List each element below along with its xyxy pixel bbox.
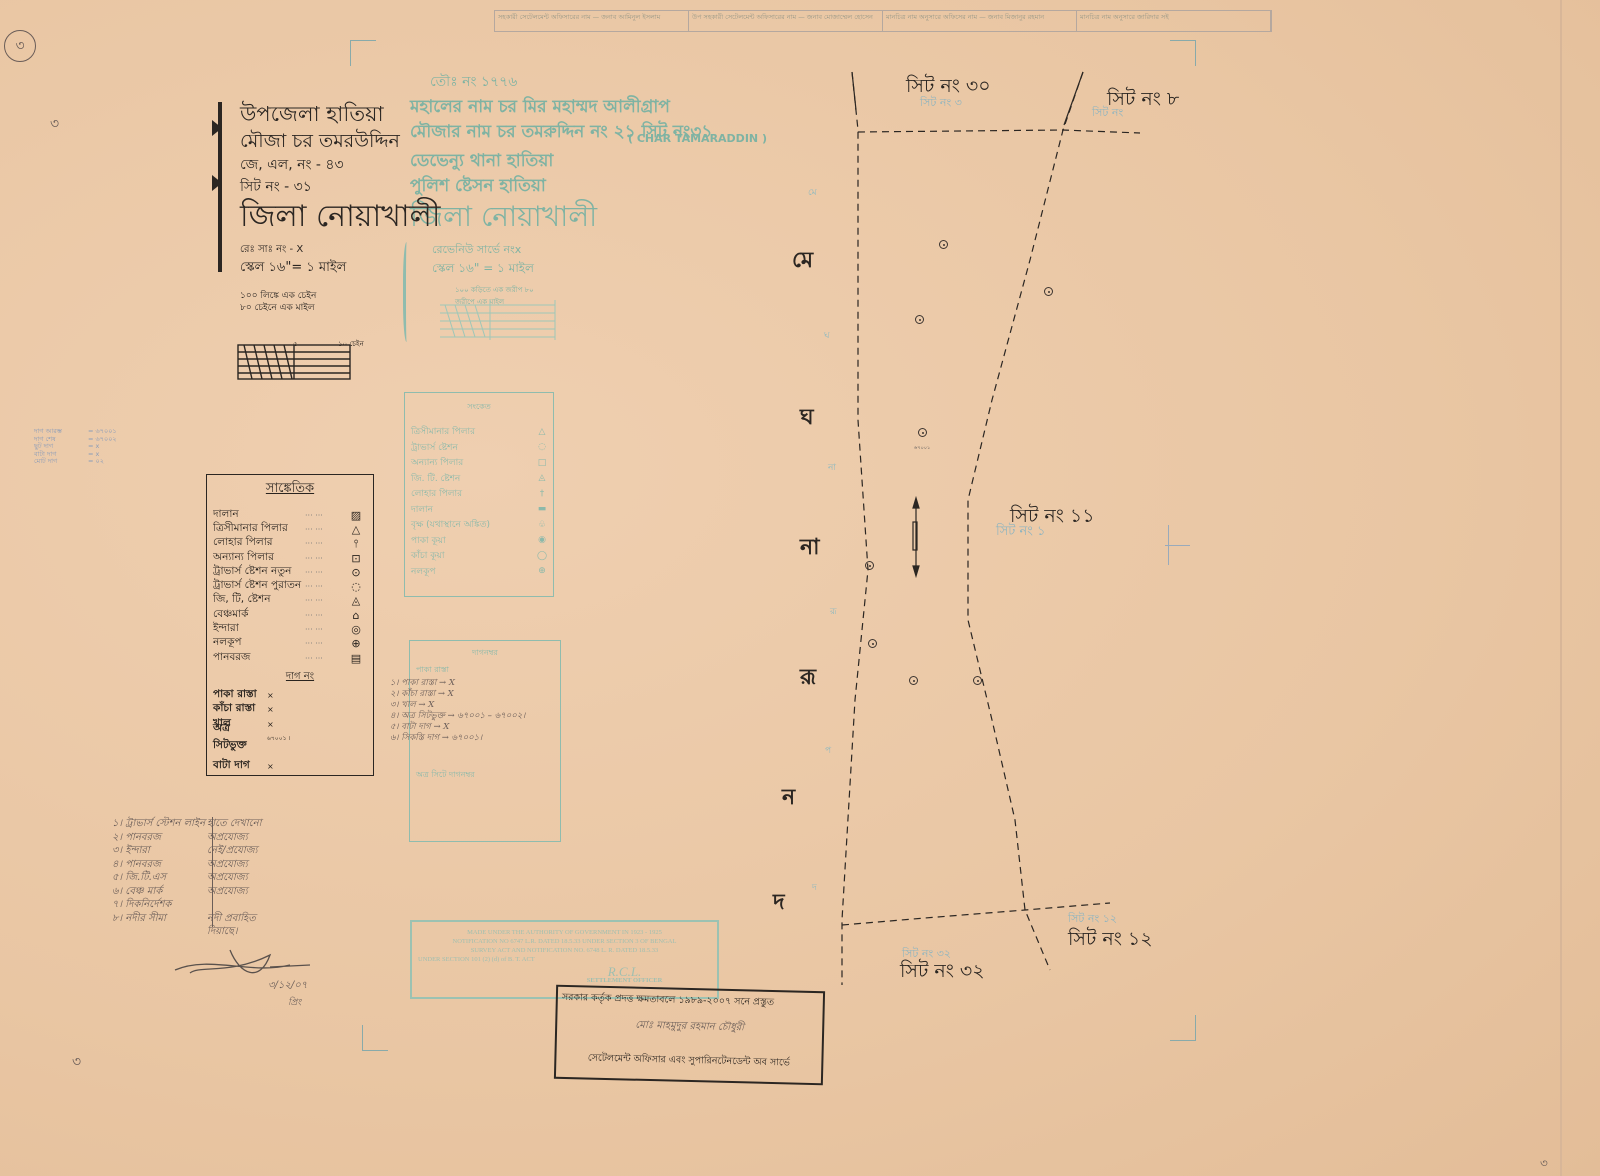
traverse-station-icon bbox=[909, 676, 918, 685]
river-label-char: না bbox=[800, 530, 820, 567]
traverse-station-icon bbox=[865, 561, 874, 570]
adjacent-sheet-sub: সিট নং ১ bbox=[996, 522, 1045, 543]
north-boundary-line bbox=[858, 130, 1140, 133]
river-label-char: রূ bbox=[800, 660, 816, 697]
adjacent-sheet-south[interactable]: সিট নং ৩২ bbox=[900, 957, 985, 989]
traverse-station-icon bbox=[973, 676, 982, 685]
river-old-label: মে bbox=[808, 185, 817, 200]
river-label-char: ন bbox=[782, 780, 795, 817]
stamp-line: NOTIFICATION NO 6747 L.R. DATED 18.5.33 … bbox=[412, 937, 717, 946]
settlement-officer-stamp: সরকার কর্তৃক প্রদত্ত ক্ষমতাবলে ১৯৮৯-২০০৭… bbox=[554, 985, 825, 1086]
adjacent-sheet-sub: সিট নং ৩ bbox=[920, 94, 962, 113]
adjacent-sheet-sub: সিট নং bbox=[1092, 104, 1123, 123]
officer-signature: R.C.L. bbox=[532, 967, 717, 976]
river-label-char: দ bbox=[773, 885, 785, 922]
adjacent-sheet-south-east[interactable]: সিট নং ১২ bbox=[1068, 925, 1153, 957]
dag-number-label: ৬৭০০১ bbox=[914, 445, 930, 453]
settlement-signature: মোঃ মাহমুদুর রহমান চৌধুরী bbox=[557, 1016, 822, 1039]
river-label-char: ঘ bbox=[800, 400, 814, 437]
stamp-line: UNDER SECTION 101 (2) (d) of B. T. ACT bbox=[412, 955, 717, 964]
paper-edge bbox=[1560, 0, 1562, 1176]
traverse-station-icon bbox=[918, 428, 927, 437]
stamp-line: সেটেলমেন্ট অফিসার এবং সুপারিনটেনডেন্ট অব… bbox=[556, 1051, 821, 1072]
traverse-station-icon bbox=[915, 315, 924, 324]
traverse-station-icon bbox=[939, 240, 948, 249]
river-old-label: রূ bbox=[830, 604, 837, 619]
river-old-label: ঘ bbox=[824, 328, 830, 343]
stamp-line: সরকার কর্তৃক প্রদত্ত ক্ষমতাবলে ১৯৮৯-২০০৭… bbox=[558, 987, 823, 1012]
river-old-label: না bbox=[828, 460, 836, 475]
traverse-station-icon bbox=[868, 639, 877, 648]
traverse-station-icon bbox=[1044, 287, 1053, 296]
stamp-line: MADE UNDER THE AUTHORITY OF GOVERNMENT I… bbox=[412, 928, 717, 937]
river-old-label: দ bbox=[812, 880, 817, 895]
river-old-label: প bbox=[825, 743, 831, 758]
river-label-char: মে bbox=[792, 243, 813, 280]
north-arrow-icon bbox=[913, 498, 919, 576]
west-boundary-line bbox=[842, 72, 868, 985]
officer-title: SETTLEMENT OFFICER bbox=[532, 976, 717, 985]
stamp-line: SURVEY ACT AND NOTIFICATION NO. 6748 L. … bbox=[412, 946, 717, 955]
